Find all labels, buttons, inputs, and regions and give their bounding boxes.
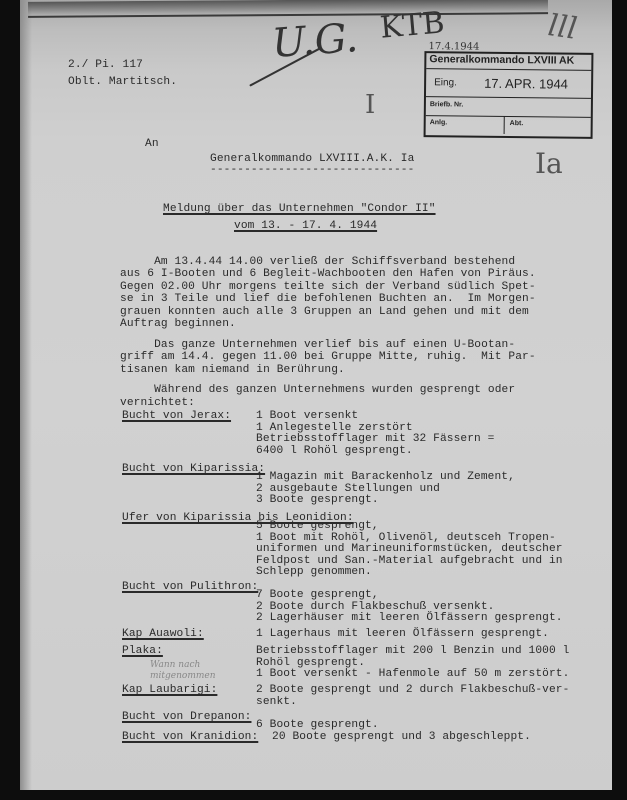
location-detail-line: Betriebsstofflager mit 200 l Benzin und … bbox=[256, 645, 569, 657]
location-detail-line: 2 Boote durch Flakbeschuß versenkt. bbox=[256, 601, 494, 613]
location-detail-line: 1 Anlegestelle zerstört bbox=[256, 422, 413, 434]
body-line: se in 3 Teile und lief die befohlenen Bu… bbox=[120, 293, 536, 305]
location-detail-line: 6400 l Rohöl gesprengt. bbox=[256, 445, 413, 457]
recipient-underline: ------------------------------ bbox=[210, 164, 414, 176]
ia-handwritten-mark: Ia bbox=[535, 147, 563, 180]
location-detail-line: 2 Boote gesprengt und 2 durch Flakbeschu… bbox=[256, 684, 569, 696]
received-stamp: 17.4.1944 Generalkommando LXVIII AK Eing… bbox=[424, 51, 594, 139]
body-line: Das ganze Unternehmen verlief bis auf ei… bbox=[120, 339, 515, 351]
stamp-received-row: Eing. 17. APR. 1944 bbox=[426, 68, 591, 99]
handwritten-tick-mark: lll bbox=[546, 8, 579, 47]
location-detail-line: Betriebsstofflager mit 32 Fässern = bbox=[256, 433, 494, 445]
to-label: An bbox=[145, 138, 159, 150]
i-handwritten-mark: I bbox=[365, 90, 375, 120]
location-detail-line: 2 Lagerhäuser mit leeren Ölfässern gespr… bbox=[256, 612, 563, 624]
location-detail-line: Rohöl gesprengt. bbox=[256, 657, 365, 669]
report-title: Meldung über das Unternehmen "Condor II" bbox=[163, 203, 436, 215]
location-detail-line: Feldpost und San.-Material aufgebracht u… bbox=[256, 555, 563, 567]
location-detail-line: 1 Lagerhaus mit leeren Ölfässern gespren… bbox=[256, 628, 549, 640]
location-detail-line: 5 Boote gesprengt, bbox=[256, 520, 379, 532]
location-detail-line: Schlepp genommen. bbox=[256, 566, 372, 578]
report-dates: vom 13. - 17. 4. 1944 bbox=[234, 220, 377, 232]
body-line: griff am 14.4. gegen 11.00 bei Gruppe Mi… bbox=[120, 351, 536, 363]
location-detail-line: 20 Boote gesprengt und 3 abgeschleppt. bbox=[272, 731, 531, 743]
body-line: Gegen 02.00 Uhr morgens teilte sich der … bbox=[120, 281, 536, 293]
location-detail-line: 1 Boot mit Rohöl, Olivenöl, deutsceh Tro… bbox=[256, 532, 556, 544]
location-heading: Kap Laubarigi: bbox=[122, 684, 217, 696]
body-line: tisanen kam niemand in Berührung. bbox=[120, 364, 345, 376]
location-detail-line: senkt. bbox=[256, 696, 297, 708]
location-detail-line: 1 Boot versenkt - Hafenmole auf 50 m zer… bbox=[256, 668, 569, 680]
body-line: Während des ganzen Unternehmens wurden g… bbox=[120, 384, 515, 396]
location-detail-line: 7 Boote gesprengt, bbox=[256, 589, 379, 601]
margin-pencil-note: Wann nach mitgenommen bbox=[150, 660, 230, 682]
location-detail-line: 1 Boot versenkt bbox=[256, 410, 358, 422]
ktb-handwritten-mark: KTB bbox=[379, 5, 446, 45]
location-heading: Kap Auawoli: bbox=[122, 628, 204, 640]
location-heading: Bucht von Jerax: bbox=[122, 410, 231, 422]
location-heading: Bucht von Drepanon: bbox=[122, 711, 251, 723]
location-detail-line: uniformen und Marineuniformstücken, deut… bbox=[256, 543, 563, 555]
body-line: vernichtet: bbox=[120, 397, 195, 409]
body-line: Am 13.4.44 14.00 verließ der Schiffsverb… bbox=[120, 256, 515, 268]
body-line: aus 6 I-Booten und 6 Begleit-Wachbooten … bbox=[120, 268, 536, 280]
location-detail-line: 1 Magazin mit Barackenholz und Zement, bbox=[256, 471, 515, 483]
location-detail-line: 3 Boote gesprengt. bbox=[256, 494, 379, 506]
stamp-abteilung-label: Abt. bbox=[510, 120, 524, 127]
body-line: Auftrag beginnen. bbox=[120, 318, 236, 330]
stamp-pencil-date: 17.4.1944 bbox=[428, 41, 479, 53]
handwritten-signature: U.G. bbox=[271, 15, 360, 67]
stamp-received-date: 17. APR. 1944 bbox=[484, 76, 568, 92]
location-heading: Plaka: bbox=[122, 645, 163, 657]
location-heading: Bucht von Pulithron: bbox=[122, 581, 258, 593]
body-line: grauen konnten auch alle 3 Gruppen an La… bbox=[120, 306, 529, 318]
stamp-anlagen-row: Anlg. Abt. bbox=[426, 115, 591, 135]
sender-unit: 2./ Pi. 117 bbox=[68, 59, 143, 71]
location-heading: Bucht von Kranidion: bbox=[122, 731, 258, 743]
stamp-received-label: Eing. bbox=[434, 77, 457, 88]
location-heading: Bucht von Kiparissia: bbox=[122, 463, 265, 475]
location-detail-line: 6 Boote gesprengt. bbox=[256, 719, 379, 731]
sender-name: Oblt. Martitsch. bbox=[68, 76, 177, 88]
location-detail-line: 2 ausgebaute Stellungen und bbox=[256, 483, 440, 495]
